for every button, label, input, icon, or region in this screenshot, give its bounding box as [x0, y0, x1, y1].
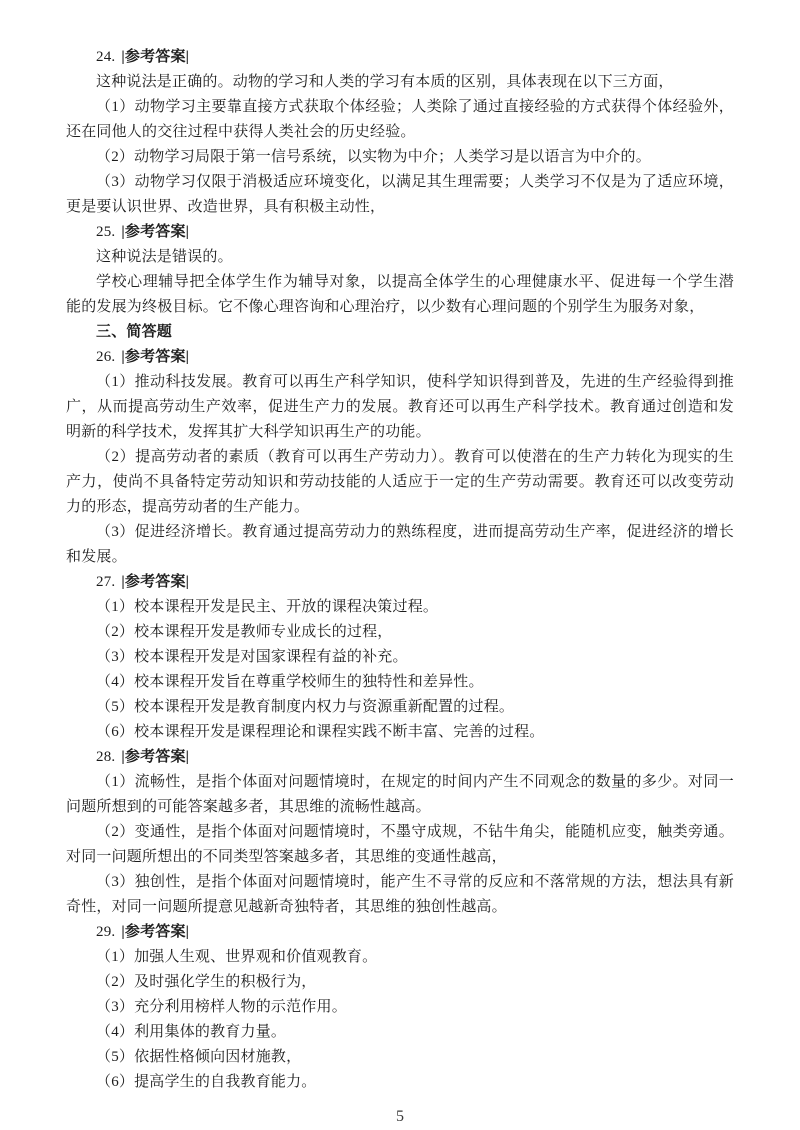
para: 这种说法是错误的。	[66, 245, 734, 270]
para: （1）加强人生观、世界观和价值观教育。	[66, 945, 734, 970]
para: （2）及时强化学生的积极行为，	[66, 970, 734, 995]
answer-header: 24.|参考答案|	[66, 45, 734, 70]
answer-number: 26.	[96, 349, 115, 365]
answer-label: |参考答案|	[121, 574, 189, 590]
para: （6）提高学生的自我教育能力。	[66, 1070, 734, 1095]
answer-header: 26.|参考答案|	[66, 345, 734, 370]
para: （2）提高劳动者的素质（教育可以再生产劳动力）。教育可以使潜在的生产力转化为现实…	[66, 445, 734, 520]
para: （5）校本课程开发是教育制度内权力与资源重新配置的过程。	[66, 695, 734, 720]
para: （3）独创性，是指个体面对问题情境时，能产生不寻常的反应和不落常规的方法，想法具…	[66, 870, 734, 920]
answer-number: 27.	[96, 574, 115, 590]
section-header: 三、简答题	[66, 320, 734, 345]
para: （2）校本课程开发是教师专业成长的过程，	[66, 620, 734, 645]
para: （3）动物学习仅限于消极适应环境变化，以满足其生理需要；人类学习不仅是为了适应环…	[66, 170, 734, 220]
para: 学校心理辅导把全体学生作为辅导对象，以提高全体学生的心理健康水平、促进每一个学生…	[66, 270, 734, 320]
answer-header: 29.|参考答案|	[66, 920, 734, 945]
para: （2）动物学习局限于第一信号系统，以实物为中介；人类学习是以语言为中介的。	[66, 145, 734, 170]
para: （5）依据性格倾向因材施教，	[66, 1045, 734, 1070]
para: （4）利用集体的教育力量。	[66, 1020, 734, 1045]
answer-number: 29.	[96, 924, 115, 940]
para: （1）动物学习主要靠直接方式获取个体经验；人类除了通过直接经验的方式获得个体经验…	[66, 95, 734, 145]
answer-label: |参考答案|	[121, 749, 189, 765]
para: 这种说法是正确的。动物的学习和人类的学习有本质的区别，具体表现在以下三方面，	[66, 70, 734, 95]
document-content: 24.|参考答案|这种说法是正确的。动物的学习和人类的学习有本质的区别，具体表现…	[66, 45, 734, 1095]
para: （3）充分利用榜样人物的示范作用。	[66, 995, 734, 1020]
para: （3）校本课程开发是对国家课程有益的补充。	[66, 645, 734, 670]
page-footer: 5	[66, 1106, 734, 1128]
para: （1）校本课程开发是民主、开放的课程决策过程。	[66, 595, 734, 620]
answer-number: 28.	[96, 749, 115, 765]
answer-label: |参考答案|	[121, 349, 189, 365]
answer-number: 24.	[96, 49, 115, 65]
para: （3）促进经济增长。教育通过提高劳动力的熟练程度，进而提高劳动生产率，促进经济的…	[66, 520, 734, 570]
answer-header: 25.|参考答案|	[66, 220, 734, 245]
page-number: 5	[396, 1108, 404, 1125]
para: （6）校本课程开发是课程理论和课程实践不断丰富、完善的过程。	[66, 720, 734, 745]
document-page: 24.|参考答案|这种说法是正确的。动物的学习和人类的学习有本质的区别，具体表现…	[0, 0, 800, 1130]
answer-label: |参考答案|	[121, 224, 189, 240]
para: （1）推动科技发展。教育可以再生产科学知识，使科学知识得到普及，先进的生产经验得…	[66, 370, 734, 445]
para: （1）流畅性，是指个体面对问题情境时，在规定的时间内产生不同观念的数量的多少。对…	[66, 770, 734, 820]
answer-header: 28.|参考答案|	[66, 745, 734, 770]
para: （2）变通性，是指个体面对问题情境时，不墨守成规，不钻牛角尖，能随机应变，触类旁…	[66, 820, 734, 870]
answer-label: |参考答案|	[121, 924, 189, 940]
para: （4）校本课程开发旨在尊重学校师生的独特性和差异性。	[66, 670, 734, 695]
answer-number: 25.	[96, 224, 115, 240]
answer-header: 27.|参考答案|	[66, 570, 734, 595]
answer-label: |参考答案|	[121, 49, 189, 65]
